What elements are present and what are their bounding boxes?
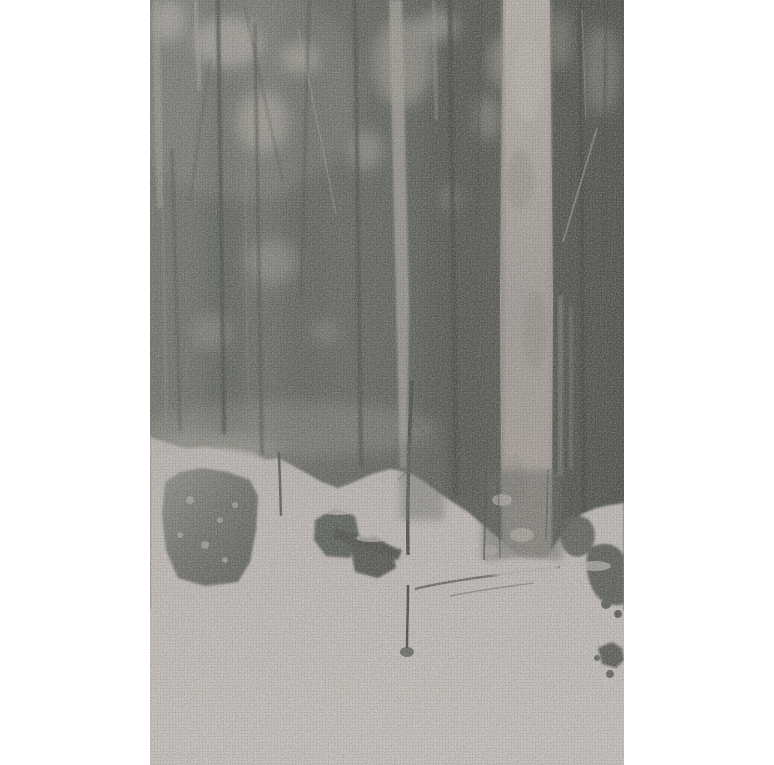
halftone-grain [150, 0, 624, 765]
page-background [0, 0, 774, 765]
forest-photo-canvas [150, 0, 624, 765]
forest-photograph [150, 0, 624, 765]
